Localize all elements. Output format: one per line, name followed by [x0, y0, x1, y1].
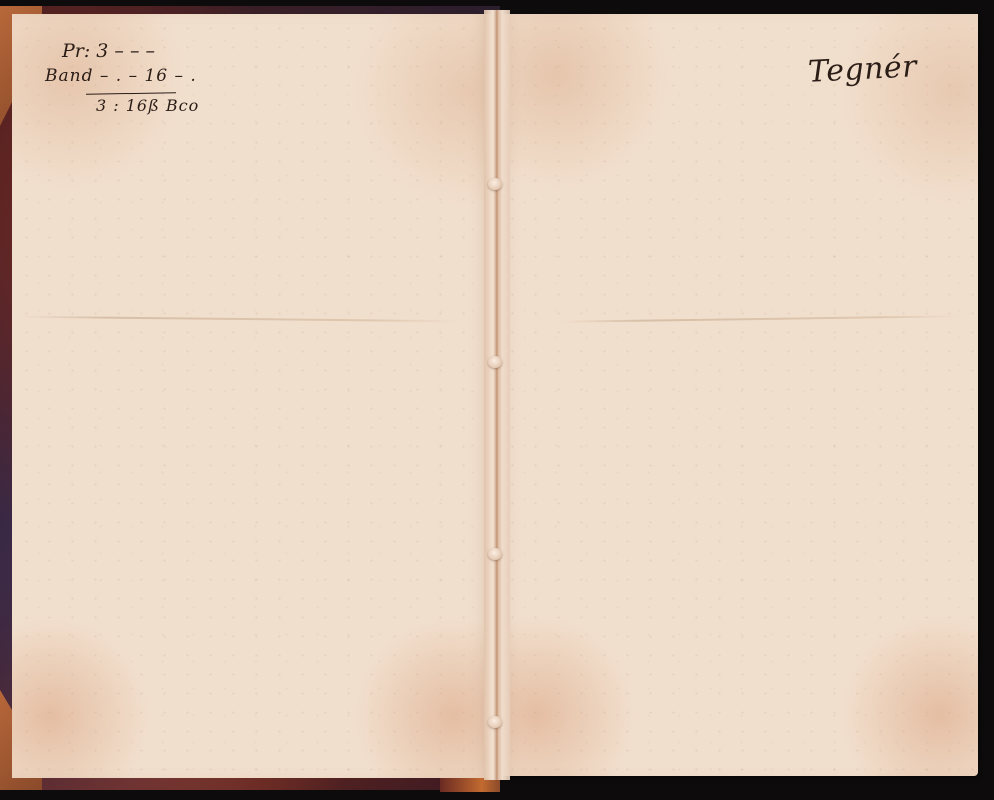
binding-stitch [488, 356, 502, 368]
right-flyleaf [498, 14, 978, 776]
owner-signature: Tegnér [807, 49, 918, 90]
total-note-line: 3 : 16ß Bco [96, 96, 199, 115]
book-gutter [484, 10, 510, 780]
binding-cost-note-line: Band – . – 16 – . [45, 66, 197, 86]
binding-stitch [488, 178, 502, 190]
price-note-line: Pr: 3 – – – [62, 40, 155, 62]
left-endpaper [12, 14, 492, 778]
binding-stitch [488, 548, 502, 560]
binding-stitch [488, 716, 502, 728]
book-photo: Pr: 3 – – – Band – . – 16 – . 3 : 16ß Bc… [0, 0, 994, 800]
